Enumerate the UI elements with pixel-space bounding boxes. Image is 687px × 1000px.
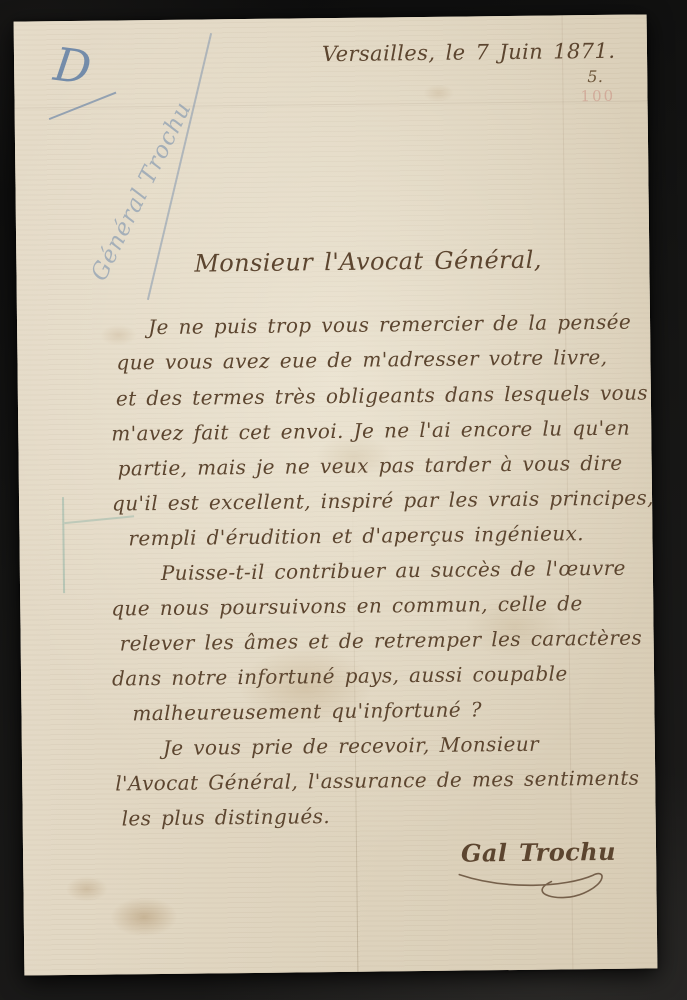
letter-line: qu'il est excellent, inspiré par les vra…	[112, 485, 654, 515]
letter-line: et des termes très obligeants dans lesqu…	[116, 380, 648, 410]
letter-paper: D Général Trochu Versailles, le 7 Juin 1…	[14, 14, 658, 975]
signature-flourish	[455, 863, 615, 905]
letter-line: rempli d'érudition et d'aperçus ingénieu…	[128, 521, 584, 550]
photo-background: D Général Trochu Versailles, le 7 Juin 1…	[0, 0, 687, 1000]
paper-crease	[15, 100, 648, 108]
page-number-note: 5.	[587, 67, 603, 86]
letter-line: relever les âmes et de retremper les car…	[120, 626, 643, 656]
classification-mark: D	[51, 37, 94, 95]
letter-line: Je ne puis trop vous remercier de la pen…	[148, 310, 631, 339]
letter-line: les plus distingués.	[122, 804, 331, 830]
letter-line: que nous poursuivons en commun, celle de	[111, 591, 583, 620]
letter-line: m'avez fait cet envoi. Je ne l'ai encore…	[111, 416, 630, 446]
letter-line: que vous avez eue de m'adresser votre li…	[116, 345, 607, 375]
letter-line: malheureusement qu'infortuné ?	[132, 697, 482, 725]
letter-line: dans notre infortuné pays, aussi coupabl…	[112, 661, 568, 690]
margin-mark-tick	[64, 515, 134, 524]
salutation: Monsieur l'Avocat Général,	[194, 246, 542, 278]
letter-line: partie, mais je ne veux pas tarder à vou…	[118, 451, 623, 481]
letter-line: Puisse-t-il contribuer au succès de l'œu…	[161, 556, 626, 585]
archive-stamp: 100	[580, 87, 615, 105]
dateline: Versailles, le 7 Juin 1871.	[322, 39, 616, 66]
margin-mark	[62, 497, 65, 593]
letter-line: l'Avocat Général, l'assurance de mes sen…	[115, 766, 639, 796]
letter-line: Je vous prie de recevoir, Monsieur	[163, 732, 539, 760]
